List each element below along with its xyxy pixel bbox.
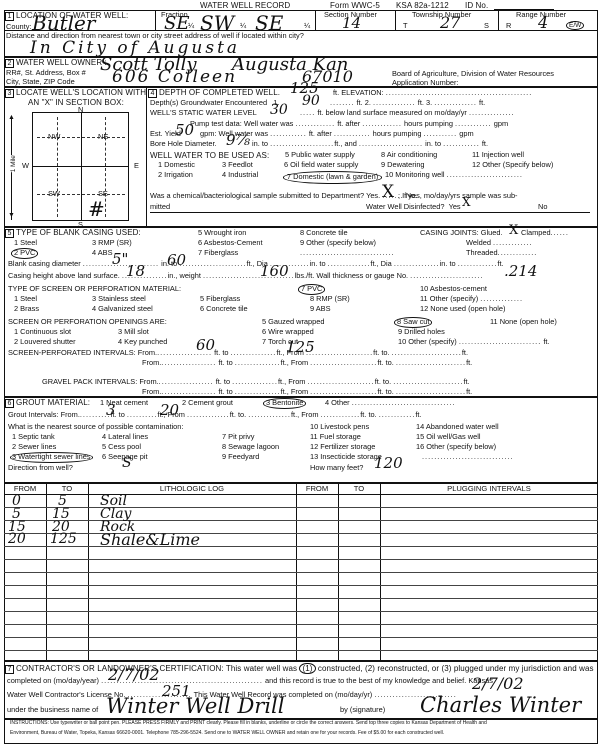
certification-text: 7CONTRACTOR'S OR LANDOWNER'S CERTIFICATI… [5, 663, 594, 674]
gravel-pack-row-2: From................... ft. to .........… [142, 388, 472, 397]
casing-other-field[interactable]: ............................... [300, 249, 395, 258]
use-option-12[interactable]: 12 Other (Specify below) [472, 161, 553, 170]
groundwater-depth-1[interactable]: 90 [302, 93, 320, 109]
screen-option-2[interactable]: 2 Brass [14, 305, 39, 314]
source-option-3-selected[interactable]: 3 Watertight sewer lines [10, 452, 93, 463]
compass-e: E [134, 162, 139, 171]
screen-option-11[interactable]: 11 Other (specify) .............. [420, 295, 523, 304]
direction-field[interactable]: S [122, 455, 132, 471]
id-label: ID No. [465, 1, 488, 10]
pump-test-label: Pump test data: Well water was .........… [190, 120, 508, 129]
location-mark: # [88, 198, 105, 221]
source-option-4[interactable]: 4 Lateral lines [102, 433, 148, 442]
use-option-5[interactable]: 5 Public water supply [285, 151, 355, 160]
section-number-field[interactable]: 14 [342, 15, 361, 32]
direction-label: Direction from well? [8, 464, 73, 473]
log-header-to: TO [46, 485, 88, 494]
screen-option-1[interactable]: 1 Steel [14, 295, 37, 304]
casing-option-1[interactable]: 1 Steel [14, 239, 37, 248]
opening-option-2[interactable]: 2 Louvered shutter [14, 338, 76, 347]
wall-thickness-field[interactable]: .214 [504, 263, 537, 280]
grout-to-field[interactable]: 20 [160, 402, 179, 419]
source-option-7[interactable]: 7 Pit privy [222, 433, 254, 442]
feet-label: How many feet? [310, 464, 363, 473]
section-5-heading: 5TYPE OF BLANK CASING USED: [5, 228, 141, 238]
opening-option-4[interactable]: 4 Key punched [118, 338, 167, 347]
signature-label: by (signature) [340, 706, 385, 715]
source-option-8[interactable]: 8 Sewage lagoon [222, 443, 279, 452]
source-option-2[interactable]: 2 Sewer lines [12, 443, 56, 452]
constructed-selected[interactable]: (1) [299, 663, 315, 674]
casing-option-7[interactable]: 7 Fiberglass [198, 249, 238, 258]
use-option-3[interactable]: 3 Feedlot [222, 161, 253, 170]
city-state-zip-label: City, State, ZIP Code [6, 78, 75, 87]
log-header-plug-from: FROM [296, 485, 338, 494]
log-header-plugging: PLUGGING INTERVALS [380, 485, 598, 494]
screen-to-field[interactable]: 125 [286, 339, 315, 356]
casing-option-3[interactable]: 3 RMP (SR) [92, 239, 132, 248]
opening-option-1[interactable]: 1 Continuous slot [14, 328, 71, 337]
grout-from-field[interactable]: 3 [106, 402, 116, 419]
opening-option-6[interactable]: 6 Wire wrapped [262, 328, 314, 337]
elevation-label: ft. ELEVATION: .........................… [333, 89, 532, 98]
source-option-14[interactable]: 14 Abandoned water well [416, 423, 499, 432]
source-option-12[interactable]: 12 Fertilizer storage [310, 443, 375, 452]
compass-n: N [78, 106, 83, 115]
disinfected-label: Water Well Disinfected? Yes [366, 203, 461, 212]
screen-option-8[interactable]: 8 RMP (SR) [310, 295, 350, 304]
blank-casing-diameter-label: Blank casing diameter ..................… [8, 260, 504, 269]
source-option-16[interactable]: 16 Other (specify below) [416, 443, 496, 452]
business-name-field[interactable]: Winter Well Drill [106, 694, 284, 718]
form-title: WATER WELL RECORD [200, 1, 290, 10]
source-option-15[interactable]: 15 Oil well/Gas well [416, 433, 480, 442]
section-box-grid[interactable]: NW NE SW SE # [32, 112, 129, 221]
signature-field[interactable]: Charles Winter [420, 693, 581, 717]
log-row-4-desc[interactable]: Shale&Lime [100, 531, 200, 549]
est-yield-field[interactable]: 50 [175, 122, 194, 139]
sample-tail: ; If yes, mo/day/yrs sample was sub- [398, 192, 518, 201]
disinfected-no[interactable]: No [538, 203, 547, 212]
use-option-8[interactable]: 8 Air conditioning [381, 151, 437, 160]
sample-question: Was a chemical/bacteriological sample su… [150, 192, 417, 201]
source-option-1[interactable]: 1 Septic tank [12, 433, 55, 442]
static-level-label: WELL'S STATIC WATER LEVEL [150, 109, 257, 118]
casing-height-field[interactable]: 18 [126, 263, 145, 280]
groundwater-depth-2-label: ........ ft. 2. .............. ft. 3. ..… [330, 99, 485, 108]
range-field[interactable]: 4 [538, 14, 548, 32]
business-name-label: under the business name of [7, 706, 98, 715]
source-option-13[interactable]: 13 Insecticide storage [310, 453, 382, 462]
compass-w: W [22, 162, 29, 171]
arrow-up-icon: ▲ [8, 114, 15, 122]
screen-material-label: TYPE OF SCREEN OR PERFORATION MATERIAL: [8, 285, 181, 294]
opening-option-9[interactable]: 9 Drilled holes [398, 328, 445, 337]
opening-option-8-selected[interactable]: 8 Saw cut [394, 317, 432, 328]
use-option-6[interactable]: 6 Oil field water supply [284, 161, 358, 170]
disinfected-yes-mark[interactable]: X [462, 196, 471, 210]
section-3-heading: 3LOCATE WELL'S LOCATION WITH [5, 88, 146, 98]
gravel-pack-label: GRAVEL PACK INTERVALS: From.............… [42, 378, 470, 387]
screen-intervals-label: SCREEN-PERFORATED INTERVALS: From.......… [8, 349, 468, 358]
instructions-line-2: Environment, Bureau of Water, Topeka, Ka… [10, 731, 444, 737]
quarter-mark: ¼ [304, 22, 310, 31]
mile-label: 1 Mile [10, 155, 17, 172]
source-option-9[interactable]: 9 Feedyard [222, 453, 259, 462]
use-option-10[interactable]: 10 Monitoring well .....................… [385, 171, 523, 180]
glued-mark[interactable]: X [509, 224, 518, 239]
groundwater-label: Depth(s) Groundwater Encountered 1. [150, 99, 279, 108]
opening-option-3[interactable]: 3 Mill slot [118, 328, 149, 337]
casing-option-2-selected[interactable]: 2 PVC [11, 248, 38, 259]
grout-option-2[interactable]: 2 Cement grout [182, 399, 233, 408]
static-level-suffix: ..... ft. below land surface measured on… [300, 109, 515, 118]
section-6-heading: 6GROUT MATERIAL: [5, 398, 90, 408]
section-3-subheading: AN "X" IN SECTION BOX: [28, 98, 124, 107]
arrow-down-icon: ▼ [8, 212, 15, 220]
instructions-line-1: INSTRUCTIONS: Use typewriter or ball poi… [10, 721, 487, 727]
screen-option-5[interactable]: 5 Fiberglass [200, 295, 240, 304]
source-option-10[interactable]: 10 Livestock pens [310, 423, 369, 432]
record-date-field[interactable]: 2/7/02 [472, 675, 524, 693]
form-number: Form WWC-5 [330, 1, 380, 10]
opening-option-5[interactable]: 5 Gauzed wrapped [262, 318, 324, 327]
ksa-reference: KSA 82a-1212 [396, 1, 449, 10]
bore-hole-suffix: in. to .....................ft., and ...… [252, 140, 488, 149]
feet-field[interactable]: 120 [374, 455, 403, 472]
screen-option-9[interactable]: 9 ABS [310, 305, 331, 314]
grout-option-3-selected[interactable]: 3 Bentonite [263, 398, 306, 409]
log-row-4-from[interactable]: 20 [8, 531, 26, 547]
casing-option-6[interactable]: 6 Asbestos-Cement [198, 239, 263, 248]
log-row-4-to[interactable]: 125 [50, 531, 77, 547]
quarter-mark: ¼ [188, 22, 194, 31]
screen-option-4[interactable]: 4 Galvanized steel [92, 305, 153, 314]
opening-option-10[interactable]: 10 Other (specify) .....................… [398, 338, 549, 347]
section-4-heading: 4DEPTH OF COMPLETED WELL. [148, 88, 280, 98]
sample-no-mark[interactable]: X [382, 183, 394, 203]
township-field[interactable]: 27 [440, 14, 460, 32]
township-suffix: S [484, 22, 489, 31]
screen-option-3[interactable]: 3 Stainless steel [92, 295, 146, 304]
township-prefix: T [403, 22, 408, 31]
screen-option-12[interactable]: 12 None used (open hole) [420, 305, 505, 314]
screen-option-10[interactable]: 10 Asbestos-cement [420, 285, 487, 294]
openings-label: SCREEN OR PERFORATION OPENINGS ARE: [8, 318, 167, 327]
opening-option-11[interactable]: 11 None (open hole) [490, 318, 557, 327]
screen-option-6[interactable]: 6 Concrete tile [200, 305, 248, 314]
log-header-from: FROM [4, 485, 46, 494]
screen-intervals-row-2: From................... ft. to .........… [142, 359, 472, 368]
casing-option-4[interactable]: 4 ABS [92, 249, 113, 258]
static-level-field[interactable]: 30 [270, 102, 288, 118]
water-use-label: WELL WATER TO BE USED AS: [150, 151, 269, 160]
casing-weight-field[interactable]: 160 [260, 263, 289, 280]
quarter-mark: ¼ [240, 22, 246, 31]
owner-label: 2WATER WELL OWNER : [5, 58, 107, 68]
casing-option-8[interactable]: 8 Concrete tile [300, 229, 348, 238]
casing-option-9[interactable]: 9 Other (specify below) [300, 239, 376, 248]
bore-hole-label: Bore Hole Diameter. [150, 140, 217, 149]
use-option-4[interactable]: 4 Industrial [222, 171, 258, 180]
use-option-7-selected[interactable]: 7 Domestic (lawn & garden) [283, 171, 382, 184]
contamination-label: What is the nearest source of possible c… [8, 423, 183, 432]
casing-diameter-to-field[interactable]: 60 [167, 252, 186, 269]
grout-intervals-label: Grout Intervals: From...........ft. to .… [8, 411, 422, 420]
clamped-option[interactable]: Clamped...... [521, 229, 569, 238]
completed-date-field[interactable]: 2/7/02 [108, 666, 160, 684]
use-option-1[interactable]: 1 Domestic [158, 161, 195, 170]
source-other-field[interactable]: .............................. [422, 453, 514, 462]
casing-option-5[interactable]: 5 Wrought iron [198, 229, 246, 238]
screen-from-field[interactable]: 60 [196, 337, 215, 354]
use-option-9[interactable]: 9 Dewatering [381, 161, 425, 170]
casing-joints-label: CASING JOINTS: Glued. [420, 229, 503, 238]
source-option-5[interactable]: 5 Cess pool [102, 443, 141, 452]
screen-option-7-selected[interactable]: 7 PVC [298, 284, 325, 295]
use-option-11[interactable]: 11 Injection well [472, 151, 524, 160]
range-prefix: R [506, 22, 511, 31]
source-option-11[interactable]: 11 Fuel storage [310, 433, 361, 442]
welded-option[interactable]: Welded ............. [466, 239, 533, 248]
log-header-plug-to: TO [338, 485, 380, 494]
address-field[interactable]: 606 Colleen [112, 68, 237, 88]
use-option-2[interactable]: 2 Irrigation [158, 171, 193, 180]
grout-option-4[interactable]: 4 Other ................................… [325, 399, 456, 408]
bore-hole-field[interactable]: 9⅞ [226, 132, 250, 149]
threaded-option[interactable]: Threaded............. [466, 249, 537, 258]
completed-label: completed on (mo/day/year) .............… [7, 677, 493, 686]
casing-height-label: Casing height above land surface. ......… [8, 272, 483, 281]
